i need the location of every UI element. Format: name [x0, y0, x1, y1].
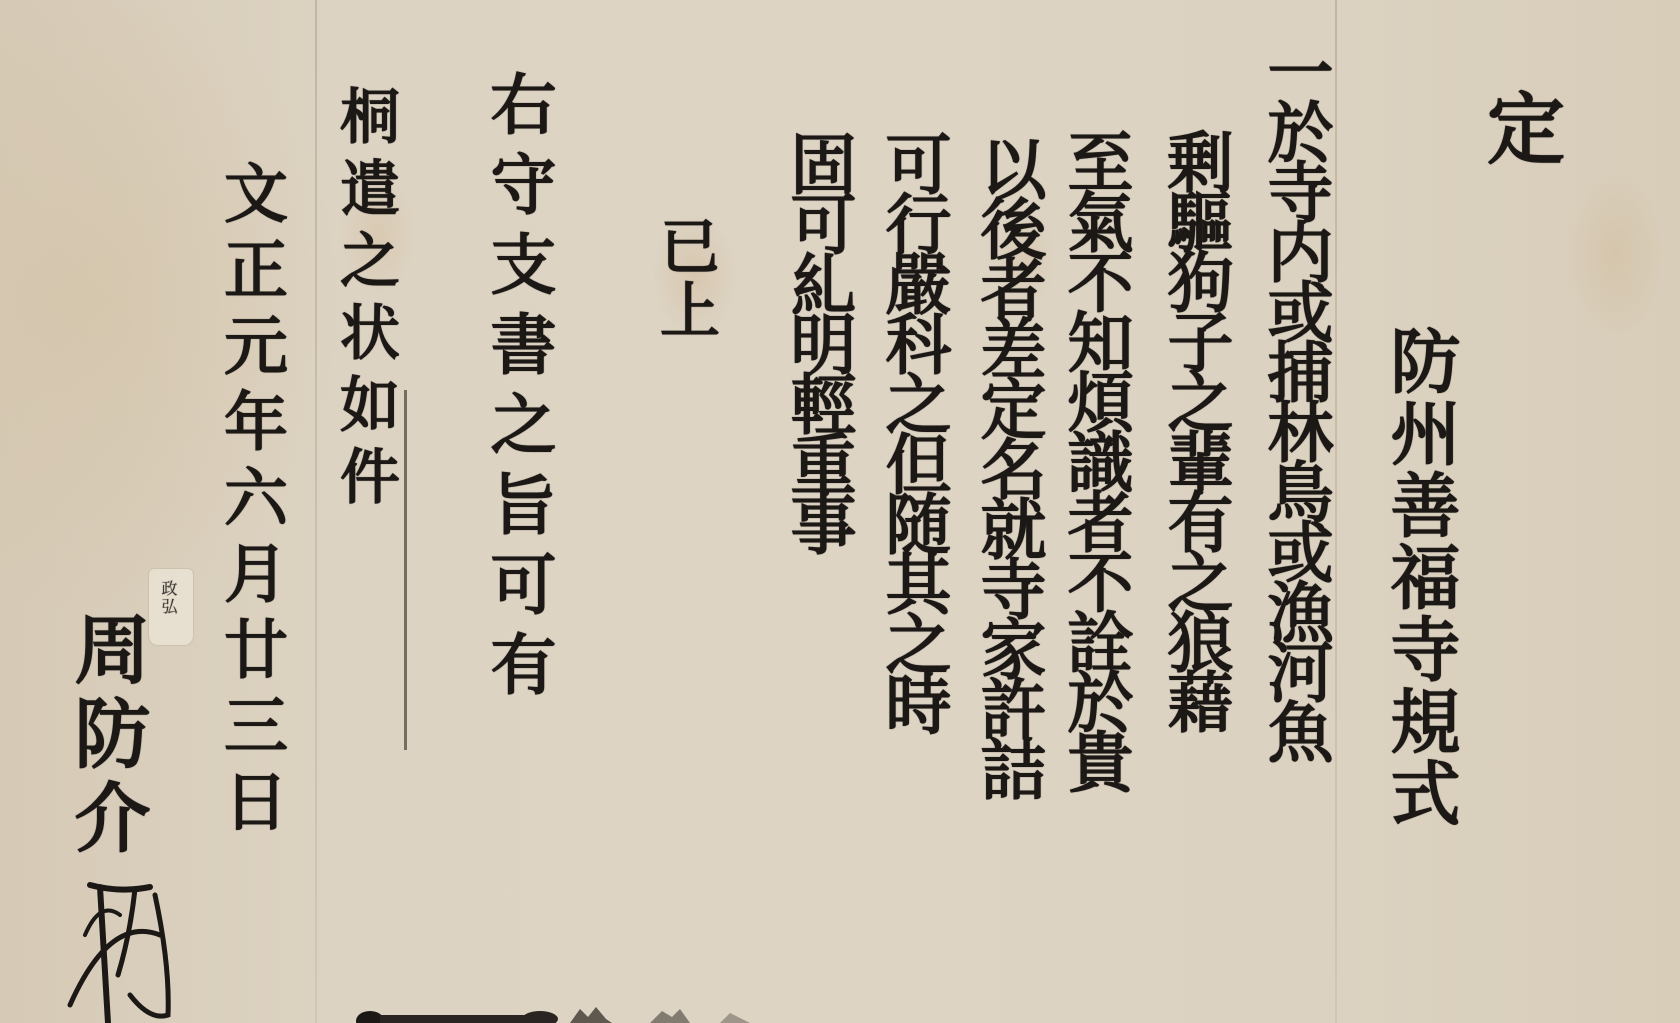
addressee-column: 防州善福寺規式 — [1385, 325, 1455, 829]
date-column: 文正元年六月廿三日 — [218, 160, 282, 844]
paper-seam-right — [1335, 0, 1337, 1023]
instruction-column: 右守支書之旨可有 — [485, 70, 551, 710]
signer-column: 周防介 — [68, 610, 144, 862]
scribe-note-column: 桐遣之状如件 — [335, 85, 395, 517]
article-line-4: 以後者差定名就寺家許詰 — [975, 135, 1041, 795]
article-line-3: 至氣不知煩識者不詮於貴 — [1062, 128, 1128, 788]
article-line-1: 一於寺内或捕林鳥或漁河魚 — [1262, 38, 1328, 758]
article-line-5: 可行嚴科之但随其之時 — [880, 130, 946, 730]
kao-signature-icon — [60, 875, 180, 1023]
ink-trail-stroke — [404, 390, 407, 750]
bottom-edge-ink-bleed — [350, 1003, 1000, 1023]
paper-seam-left — [315, 0, 317, 1023]
heading-sadame: 定 — [1480, 88, 1558, 176]
closing-ijo: 已上 — [655, 215, 715, 343]
annotation-slip-text: 政弘 — [160, 580, 176, 616]
article-line-2: 剰驅狗子之輩有之狼藉 — [1162, 128, 1228, 728]
article-line-6: 固可糺明輕重事 — [785, 130, 851, 550]
document-sheet: 定 防州善福寺規式 一於寺内或捕林鳥或漁河魚 剰驅狗子之輩有之狼藉 至氣不知煩識… — [0, 0, 1680, 1023]
